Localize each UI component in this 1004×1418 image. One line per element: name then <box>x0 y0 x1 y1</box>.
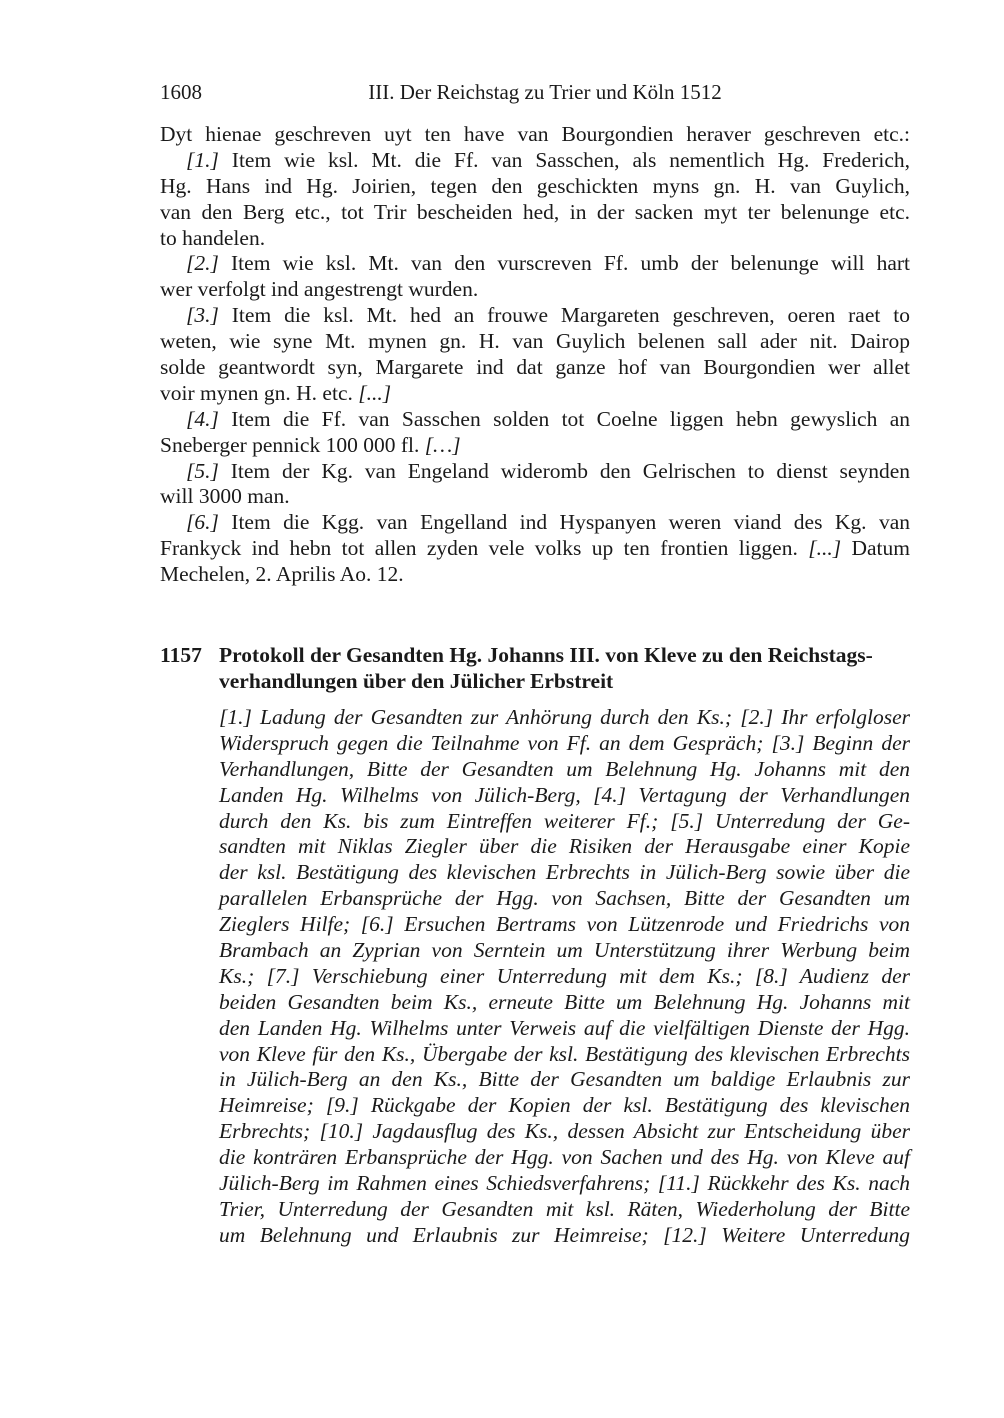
omission-mark: […] <box>425 433 461 457</box>
item-1-line: [1.] Item wie ksl. Mt. die Ff. van Sassc… <box>160 148 910 174</box>
document-number: 1157 <box>160 642 202 668</box>
item-label: [2.] <box>186 251 219 275</box>
item-1-line: van den Berg etc., tot Trir bescheiden h… <box>160 200 910 226</box>
item-5-line: will 3000 man. <box>160 484 910 510</box>
item-6-line: Frankyck ind hebn tot allen zyden vele v… <box>160 536 910 562</box>
regest-line: von Kleve für den Ks., Übergabe der ksl.… <box>219 1042 910 1068</box>
item-6-line: Mechelen, 2. Aprilis Ao. 12. <box>160 562 910 588</box>
item-text: Item die Kgg. van Engelland ind Hyspanye… <box>231 510 910 534</box>
regest-line: den Landen Hg. Wilhelms unter Verweis au… <box>219 1016 910 1042</box>
letter-intro: Dyt hienae geschreven uyt ten have van B… <box>160 122 910 148</box>
title-line: verhandlungen über den Jülicher Erbstrei… <box>219 668 910 694</box>
regest-line: beiden Gesandten beim Ks., erneute Bitte… <box>219 990 910 1016</box>
regest-line: Landen Hg. Wilhelms von Jülich-Berg, [4.… <box>219 783 910 809</box>
item-2-line: wer verfolgt ind angestrengt wurden. <box>160 277 910 303</box>
item-6-line: [6.] Item die Kgg. van Engelland ind Hys… <box>160 510 910 536</box>
regest-line: Zieglers Hilfe; [6.] Ersuchen Bertrams v… <box>219 912 910 938</box>
item-3-line: [3.] Item die ksl. Mt. hed an frouwe Mar… <box>160 303 910 329</box>
item-3-line: voir mynen gn. H. etc. [...] <box>160 381 910 407</box>
regest-line: Jülich-Berg im Rahmen eines Schiedsverfa… <box>219 1171 910 1197</box>
regest-line: sandten mit Niklas Ziegler über die Risi… <box>219 834 910 860</box>
item-label: [6.] <box>186 510 219 534</box>
regest-line: in Jülich-Berg an den Ks., Bitte der Ges… <box>219 1067 910 1093</box>
item-text: Item die Ff. van Sasschen solden tot Coe… <box>231 407 910 431</box>
omission-mark: [...] <box>808 536 841 560</box>
item-label: [3.] <box>186 303 219 327</box>
item-text: Item der Kg. van Engeland wideromb den G… <box>231 459 910 483</box>
regest-line: Widerspruch gegen die Teilnahme von Ff. … <box>219 731 910 757</box>
item-label: [4.] <box>186 407 219 431</box>
item-label: [1.] <box>186 148 219 172</box>
omission-mark: [...] <box>358 381 391 405</box>
item-text: voir mynen gn. H. etc. <box>160 381 353 405</box>
document-title: Protokoll der Gesandten Hg. Johanns III.… <box>219 642 910 694</box>
item-text: Item wie ksl. Mt. die Ff. van Sasschen, … <box>232 148 910 172</box>
regest-line: Heimreise; [9.] Rückgabe der Kopien der … <box>219 1093 910 1119</box>
item-4-line: [4.] Item die Ff. van Sasschen solden to… <box>160 407 910 433</box>
item-text: Frankyck ind hebn tot allen zyden vele v… <box>160 536 798 560</box>
regest-line: Brambach an Zyprian von Serntein um Unte… <box>219 938 910 964</box>
item-1-line: to handelen. <box>160 226 910 252</box>
item-5-line: [5.] Item der Kg. van Engeland wideromb … <box>160 459 910 485</box>
item-4-line: Sneberger pennick 100 000 fl. […] <box>160 433 910 459</box>
item-3-line: weten, wie syne Mt. mynen gn. H. van Guy… <box>160 329 910 355</box>
item-2-line: [2.] Item wie ksl. Mt. van den vurscreve… <box>160 251 910 277</box>
regest-line: durch den Ks. bis zum Eintreffen weitere… <box>219 809 910 835</box>
running-title: III. Der Reichstag zu Trier und Köln 151… <box>160 80 910 105</box>
item-text: Sneberger pennick 100 000 fl. <box>160 433 419 457</box>
regest-line: Verhandlungen, Bitte der Gesandten um Be… <box>219 757 910 783</box>
running-header: 1608 III. Der Reichstag zu Trier und Köl… <box>160 80 910 108</box>
item-text: Item wie ksl. Mt. van den vurscreven Ff.… <box>231 251 910 275</box>
item-3-line: solde geantwordt syn, Margarete ind dat … <box>160 355 910 381</box>
title-line: Protokoll der Gesandten Hg. Johanns III.… <box>219 642 910 668</box>
regest-line: Trier, Unterredung der Gesandten mit ksl… <box>219 1197 910 1223</box>
regest-line: um Belehnung und Erlaubnis zur Heimreise… <box>219 1223 910 1249</box>
regest-line: der ksl. Bestätigung des klevischen Erbr… <box>219 860 910 886</box>
regest-line: [1.] Ladung der Gesandten zur Anhörung d… <box>219 705 910 731</box>
regest-line: die konträren Erbansprüche der Hgg. von … <box>219 1145 910 1171</box>
regest-line: Erbrechts; [10.] Jagdausflug des Ks., de… <box>219 1119 910 1145</box>
regest-line: parallelen Erbansprüche der Hgg. von Sac… <box>219 886 910 912</box>
item-label: [5.] <box>186 459 219 483</box>
letter-text: Dyt hienae geschreven uyt ten have van B… <box>160 122 910 588</box>
item-text: Datum <box>851 536 910 560</box>
item-text: Item die ksl. Mt. hed an frouwe Margaret… <box>232 303 910 327</box>
item-1-line: Hg. Hans ind Hg. Joirien, tegen den gesc… <box>160 174 910 200</box>
regest-line: Ks.; [7.] Verschiebung einer Unterredung… <box>219 964 910 990</box>
document-regest: [1.] Ladung der Gesandten zur Anhörung d… <box>219 705 910 1249</box>
document-heading: 1157 Protokoll der Gesandten Hg. Johanns… <box>160 642 910 694</box>
